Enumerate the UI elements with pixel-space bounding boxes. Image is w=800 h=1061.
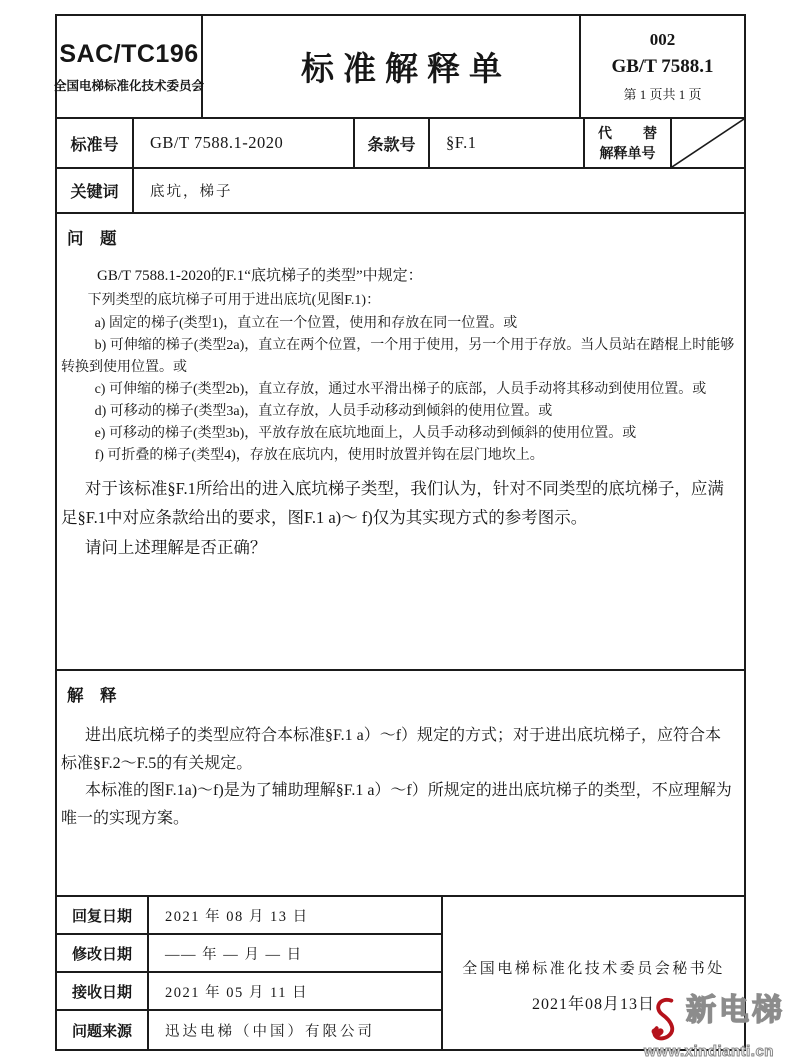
doc-id-cell: 002 GB/T 7588.1 第 1 页共 1 页 [581,16,744,117]
interpretation-paragraph-1: 进出底坑梯子的类型应符合本标准§F.1 a）～f）规定的方式；对于进出底坑梯子，… [61,722,735,777]
clause-label: 条款号 [355,119,430,167]
standard-code: GB/T 7588.1 [611,56,713,78]
sheet-header: SAC/TC196 全国电梯标准化技术委员会 标准解释单 002 GB/T 75… [57,16,744,119]
org-cell: SAC/TC196 全国电梯标准化技术委员会 [57,16,203,117]
replace-no-label-char1: 代 [598,123,612,143]
meta-row: 标准号 GB/T 7588.1-2020 条款号 §F.1 代 替 解释单号 [57,119,744,169]
diagonal-strike-line [672,119,744,167]
page-title: 标准解释单 [271,43,511,90]
secretariat-date: 2021年08月13日 [532,991,655,1014]
replace-no-empty-cell [672,119,744,167]
org-name: 全国电梯标准化技术委员会 [54,76,204,94]
replace-no-label-char2: 替 [643,123,657,143]
keywords-label: 关键词 [57,169,134,212]
question-item-b: b) 可伸缩的梯子(类型2a)，直立在两个位置，一个用于使用，另一个用于存放。当… [61,335,735,379]
question-closing: 请问上述理解是否正确？ [61,534,735,563]
question-item-c: c) 可伸缩的梯子(类型2b)，直立存放，通过水平滑出梯子的底部，人员手动将其移… [61,379,735,401]
question-section: 问 题 GB/T 7588.1-2020的F.1“底坑梯子的类型”中规定： 下列… [57,214,744,671]
receive-date-label: 接收日期 [57,973,149,1011]
question-intro: GB/T 7588.1-2020的F.1“底坑梯子的类型”中规定： [61,265,735,288]
modify-date-label: 修改日期 [57,935,149,973]
interpretation-paragraph-2: 本标准的图F.1a)～f)是为了辅助理解§F.1 a）～f）所规定的进出底坑梯子… [61,777,735,832]
modify-date-value: —— 年 — 月 — 日 [149,935,443,973]
question-opinion: 对于该标准§F.1所给出的进入底坑梯子类型，我们认为，针对不同类型的底坑梯子，应… [61,475,735,533]
question-heading: 问 题 [67,225,735,249]
interpretation-sheet: SAC/TC196 全国电梯标准化技术委员会 标准解释单 002 GB/T 75… [55,14,746,1051]
standard-no-label: 标准号 [57,119,134,167]
standard-no-value: GB/T 7588.1-2020 [134,119,355,167]
footer-table: 回复日期 2021 年 08 月 13 日 修改日期 —— 年 — 月 — 日 … [57,897,744,1049]
replace-no-label-line2: 解释单号 [600,143,656,163]
question-source-value: 迅达电梯（中国）有限公司 [149,1011,443,1049]
question-source-label: 问题来源 [57,1011,149,1049]
question-item-e: e) 可移动的梯子(类型3b)，平放存放在底坑地面上，人员手动移动到倾斜的使用位… [61,423,735,445]
doc-number: 002 [650,30,676,50]
clause-value: §F.1 [430,119,585,167]
keywords-row: 关键词 底坑，梯子 [57,169,744,214]
secretariat-cell: 全国电梯标准化技术委员会秘书处 2021年08月13日 [443,897,744,1049]
interpretation-heading: 解 释 [67,682,735,706]
question-item-d: d) 可移动的梯子(类型3a)，直立存放，人员手动移动到倾斜的使用位置。或 [61,401,735,423]
interpretation-section: 解 释 进出底坑梯子的类型应符合本标准§F.1 a）～f）规定的方式；对于进出底… [57,671,744,897]
secretariat-name: 全国电梯标准化技术委员会秘书处 [462,957,725,978]
question-item-f: f) 可折叠的梯子(类型4)，存放在底坑内，使用时放置并钩在层门地坎上。 [61,445,735,467]
title-cell: 标准解释单 [203,16,581,117]
reply-date-label: 回复日期 [57,897,149,935]
question-quote-intro: 下列类型的底坑梯子可用于进出底坑(见图F.1)： [61,290,735,312]
question-item-a: a) 固定的梯子(类型1)，直立在一个位置，使用和存放在同一位置。或 [61,313,735,335]
org-code: SAC/TC196 [59,40,198,69]
replace-no-label-line1: 代 替 [585,123,670,143]
receive-date-value: 2021 年 05 月 11 日 [149,973,443,1011]
page-info: 第 1 页共 1 页 [623,84,701,103]
document-page: SAC/TC196 全国电梯标准化技术委员会 标准解释单 002 GB/T 75… [0,0,800,1061]
keywords-value: 底坑，梯子 [134,169,744,212]
replace-no-label: 代 替 解释单号 [585,119,672,167]
reply-date-value: 2021 年 08 月 13 日 [149,897,443,935]
